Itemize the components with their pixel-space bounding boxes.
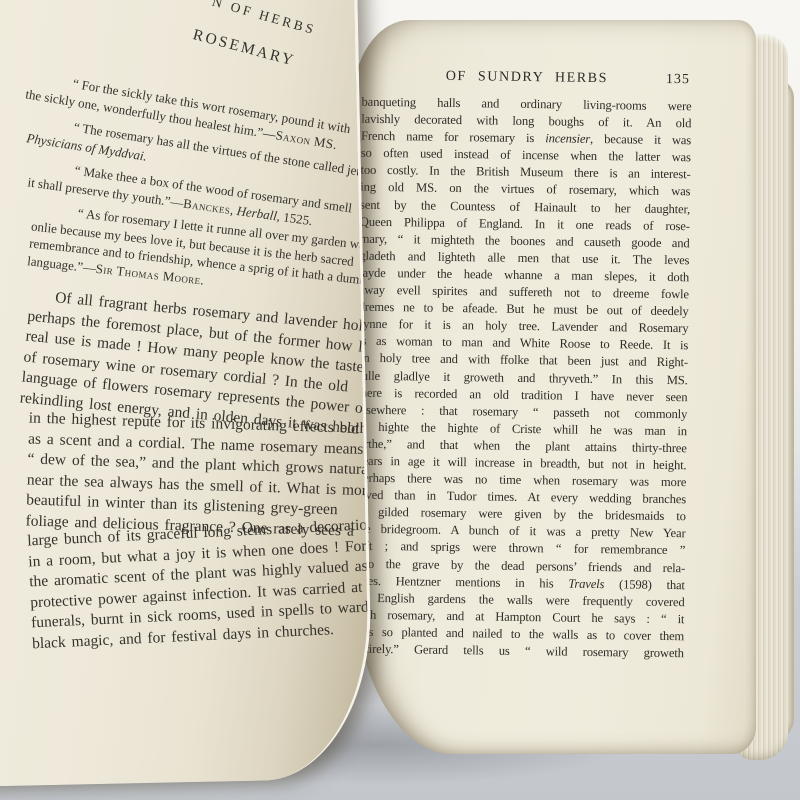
page-number: 135	[666, 72, 690, 88]
right-page-header-title: OF SUNDRY HERBS	[446, 69, 608, 86]
right-page-body: banqueting halls and ordinary living-roo…	[354, 94, 692, 663]
text-line: entirely.” Gerard tells us “ wild rosema…	[354, 641, 684, 663]
right-page: OF SUNDRY HERBS 135 banqueting halls and…	[352, 20, 756, 754]
open-book-photo: OF SUNDRY HERBS 135 banqueting halls and…	[0, 0, 800, 800]
paragraph-lower: large bunch of its graceful long stems a…	[27, 514, 374, 654]
left-page-text: N OF HERBS ROSEMARY “ For the sickly tak…	[17, 0, 373, 654]
right-page-running-header: OF SUNDRY HERBS 135	[362, 68, 692, 91]
left-page-curled: N OF HERBS ROSEMARY “ For the sickly tak…	[0, 0, 374, 788]
right-page-text: OF SUNDRY HERBS 135 banqueting halls and…	[354, 68, 692, 663]
